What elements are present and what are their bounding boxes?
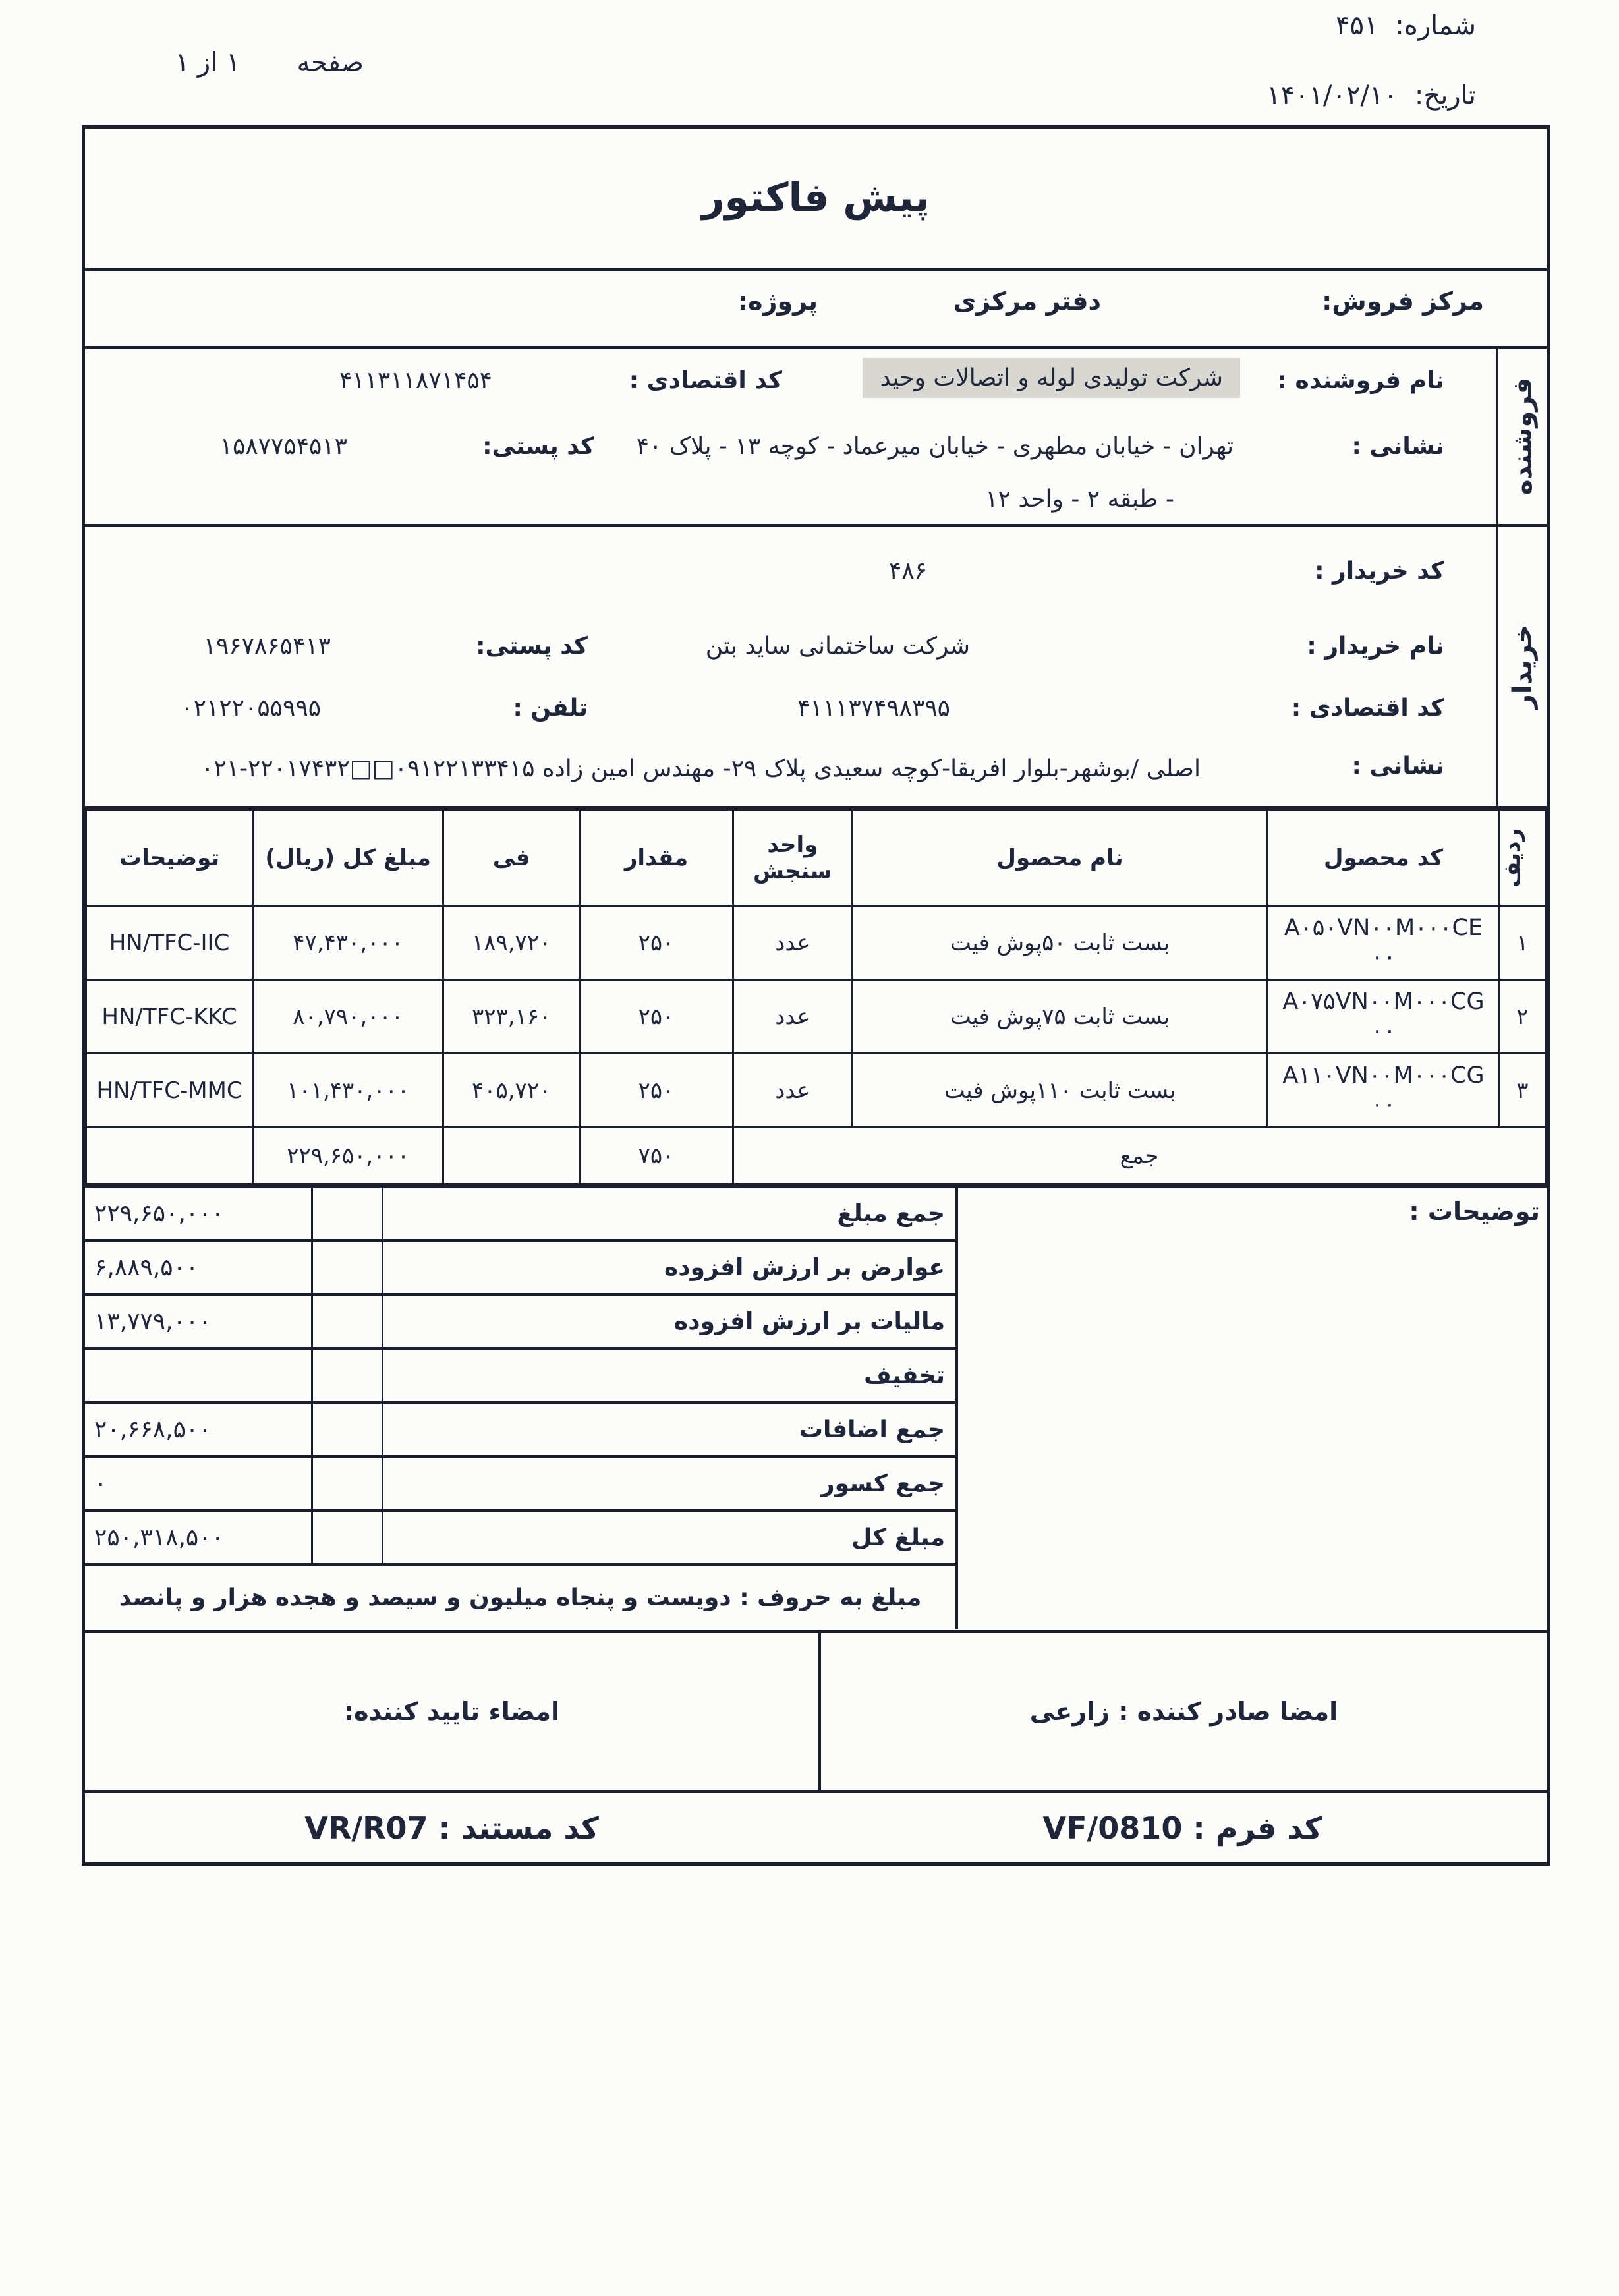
items-table-section: ردیف کد محصول نام محصول واحد سنجش مقدار … — [85, 806, 1547, 1185]
totals-notes-label: توضیحات : — [1409, 1197, 1540, 1226]
form-code: کد فرم : VF/0810 — [818, 1793, 1547, 1862]
col-header-unit-price: فی — [443, 810, 580, 906]
totals-section: توضیحات : جمع مبلغ ۲۲۹,۶۵۰,۰۰۰ عوارض بر … — [85, 1185, 1547, 1630]
sum-row-notes-empty — [86, 1128, 253, 1184]
cell-quantity: ۲۵۰ — [580, 906, 733, 980]
buyer-name-value: شرکت ساختمانی ساید بتن — [706, 633, 970, 660]
totals-row-gap — [311, 1296, 383, 1347]
project-label: پروژه: — [738, 287, 818, 316]
totals-row: جمع مبلغ ۲۲۹,۶۵۰,۰۰۰ — [85, 1188, 955, 1242]
page-indicator: صفحه ۱ از ۱ — [175, 47, 364, 78]
page-indicator-label: صفحه — [297, 47, 364, 78]
buyer-name-label: نام خریدار : — [1307, 633, 1444, 660]
buyer-phone-label: تلفن : — [513, 695, 588, 722]
seller-section-tab-label: فروشنده — [1508, 378, 1538, 495]
totals-table: جمع مبلغ ۲۲۹,۶۵۰,۰۰۰ عوارض بر ارزش افزود… — [85, 1188, 958, 1629]
signatures-section: امضا صادر کننده : زارعی امضاء تایید کنند… — [85, 1630, 1547, 1790]
totals-row-value: ۰ — [85, 1458, 311, 1509]
cell-unit-price: ۳۲۳,۱۶۰ — [443, 980, 580, 1054]
seller-address-label: نشانی : — [1351, 433, 1444, 460]
buyer-postal-code-value: ۱۹۶۷۸۶۵۴۱۳ — [204, 633, 331, 660]
col-header-notes: توضیحات — [86, 810, 253, 906]
totals-row-value: ۲۵۰,۳۱۸,۵۰۰ — [85, 1512, 311, 1563]
buyer-section-tab: خریدار — [1496, 527, 1547, 806]
cell-unit: عدد — [733, 980, 853, 1054]
col-header-quantity: مقدار — [580, 810, 733, 906]
totals-row-gap — [311, 1404, 383, 1455]
buyer-economic-code-label: کد اقتصادی : — [1292, 695, 1444, 722]
totals-row-label: جمع اضافات — [383, 1404, 955, 1455]
totals-row-label: عوارض بر ارزش افزوده — [383, 1242, 955, 1293]
approver-signature-label: امضاء تایید کننده: — [344, 1697, 559, 1726]
cell-product-code: A۰۷۵VN۰۰M۰۰۰CG۰۰ — [1268, 980, 1499, 1054]
sales-center-label: مرکز فروش: — [1322, 287, 1484, 316]
totals-row-value: ۱۳,۷۷۹,۰۰۰ — [85, 1296, 311, 1347]
totals-row-value — [85, 1350, 311, 1401]
cell-row-number: ۱ — [1499, 906, 1545, 980]
seller-postal-code-label: کد پستی: — [482, 433, 594, 460]
col-header-product-name: نام محصول — [852, 810, 1268, 906]
seller-section-tab: فروشنده — [1496, 349, 1547, 524]
cell-unit: عدد — [733, 906, 853, 980]
cell-notes: HN/TFC-IIC — [86, 906, 253, 980]
cell-product-name: بست ثابت ۱۱۰پوش فیت — [852, 1054, 1268, 1128]
totals-row: جمع اضافات ۲۰,۶۶۸,۵۰۰ — [85, 1404, 955, 1458]
totals-row: مبلغ کل ۲۵۰,۳۱۸,۵۰۰ — [85, 1512, 955, 1566]
table-row: ۳ A۱۱۰VN۰۰M۰۰۰CG۰۰ بست ثابت ۱۱۰پوش فیت ع… — [86, 1054, 1546, 1128]
sum-row-unit-price-empty — [443, 1128, 580, 1184]
sum-row-total-amount: ۲۲۹,۶۵۰,۰۰۰ — [253, 1128, 443, 1184]
totals-row-label: مبلغ کل — [383, 1512, 955, 1563]
footer-section: کد فرم : VF/0810 کد مستند : VR/R07 — [85, 1790, 1547, 1862]
cell-quantity: ۲۵۰ — [580, 1054, 733, 1128]
sum-row-quantity: ۷۵۰ — [580, 1128, 733, 1184]
totals-row: عوارض بر ارزش افزوده ۶,۸۸۹,۵۰۰ — [85, 1242, 955, 1296]
issuer-signature-cell: امضا صادر کننده : زارعی — [818, 1633, 1547, 1790]
totals-row-gap — [311, 1188, 383, 1239]
issuer-signature-label: امضا صادر کننده : زارعی — [1030, 1697, 1338, 1726]
buyer-section: خریدار کد خریدار : ۴۸۶ نام خریدار : شرکت… — [85, 524, 1547, 806]
seller-address-line2: - طبقه ۲ - واحد ۱۲ — [985, 486, 1174, 513]
buyer-code-label: کد خریدار : — [1315, 558, 1444, 585]
cell-notes: HN/TFC-MMC — [86, 1054, 253, 1128]
items-header-row: ردیف کد محصول نام محصول واحد سنجش مقدار … — [86, 810, 1546, 906]
buyer-address-value: اصلی /بوشهر-بلوار افریقا-کوچه سعیدی پلاک… — [201, 755, 1201, 782]
cell-notes: HN/TFC-KKC — [86, 980, 253, 1054]
seller-name-value: شرکت تولیدی لوله و اتصالات وحید — [863, 358, 1240, 398]
document-title: پیش فاکتور — [85, 175, 1547, 221]
cell-total-amount: ۸۰,۷۹۰,۰۰۰ — [253, 980, 443, 1054]
totals-row-gap — [311, 1350, 383, 1401]
totals-row-label: تخفیف — [383, 1350, 955, 1401]
amount-in-words: مبلغ به حروف : دویست و پنجاه میلیون و سی… — [85, 1566, 955, 1629]
head-office-label: دفتر مرکزی — [953, 287, 1102, 316]
col-header-product-code: کد محصول — [1268, 810, 1499, 906]
table-row: ۲ A۰۷۵VN۰۰M۰۰۰CG۰۰ بست ثابت ۷۵پوش فیت عد… — [86, 980, 1546, 1054]
totals-row-gap — [311, 1458, 383, 1509]
cell-unit: عدد — [733, 1054, 853, 1128]
cell-quantity: ۲۵۰ — [580, 980, 733, 1054]
cell-product-name: بست ثابت ۷۵پوش فیت — [852, 980, 1268, 1054]
invoice-date-value: ۱۴۰۱/۰۲/۱۰ — [1266, 80, 1398, 111]
cell-unit-price: ۱۸۹,۷۲۰ — [443, 906, 580, 980]
items-table: ردیف کد محصول نام محصول واحد سنجش مقدار … — [85, 809, 1547, 1185]
centers-row: مرکز فروش: دفتر مرکزی پروژه: — [85, 268, 1547, 346]
buyer-address-label: نشانی : — [1351, 753, 1444, 780]
seller-section: فروشنده نام فروشنده : شرکت تولیدی لوله و… — [85, 346, 1547, 524]
seller-postal-code-value: ۱۵۸۷۷۵۴۵۱۳ — [220, 433, 347, 460]
cell-row-number: ۲ — [1499, 980, 1545, 1054]
totals-row-label: جمع مبلغ — [383, 1188, 955, 1239]
buyer-postal-code-label: کد پستی: — [476, 633, 588, 660]
col-header-total-amount: مبلغ کل (ریال) — [253, 810, 443, 906]
title-section: پیش فاکتور — [85, 129, 1547, 268]
col-header-unit: واحد سنجش — [733, 810, 853, 906]
approver-signature-cell: امضاء تایید کننده: — [85, 1633, 818, 1790]
invoice-number-value: ۴۵۱ — [1336, 11, 1378, 41]
seller-address-value: تهران - خیابان مطهری - خیابان میرعماد - … — [637, 433, 1234, 460]
cell-total-amount: ۴۷,۴۳۰,۰۰۰ — [253, 906, 443, 980]
invoice-number-label: شماره: — [1395, 11, 1476, 41]
page-indicator-value: ۱ از ۱ — [175, 47, 241, 78]
invoice-form: پیش فاکتور مرکز فروش: دفتر مرکزی پروژه: … — [82, 125, 1550, 1866]
invoice-date-label: تاریخ: — [1415, 80, 1476, 111]
invoice-page: شماره: ۴۵۱ تاریخ: ۱۴۰۱/۰۲/۱۰ صفحه ۱ از ۱… — [0, 0, 1619, 2296]
seller-economic-code-value: ۴۱۱۳۱۱۸۷۱۴۵۴ — [339, 367, 492, 394]
totals-row-value: ۶,۸۸۹,۵۰۰ — [85, 1242, 311, 1293]
sum-row: جمع ۷۵۰ ۲۲۹,۶۵۰,۰۰۰ — [86, 1128, 1546, 1184]
cell-total-amount: ۱۰۱,۴۳۰,۰۰۰ — [253, 1054, 443, 1128]
totals-row: مالیات بر ارزش افزوده ۱۳,۷۷۹,۰۰۰ — [85, 1296, 955, 1350]
totals-row-gap — [311, 1512, 383, 1563]
cell-product-code: A۰۵۰VN۰۰M۰۰۰CE۰۰ — [1268, 906, 1499, 980]
seller-economic-code-label: کد اقتصادی : — [629, 367, 782, 394]
invoice-number: شماره: ۴۵۱ — [1336, 11, 1476, 41]
document-code: کد مستند : VR/R07 — [85, 1793, 818, 1862]
totals-row: جمع کسور ۰ — [85, 1458, 955, 1512]
cell-product-code: A۱۱۰VN۰۰M۰۰۰CG۰۰ — [1268, 1054, 1499, 1128]
buyer-phone-value: ۰۲۱۲۲۰۵۵۹۹۵ — [181, 695, 321, 722]
cell-unit-price: ۴۰۵,۷۲۰ — [443, 1054, 580, 1128]
seller-name-label: نام فروشنده : — [1278, 367, 1444, 394]
invoice-date: تاریخ: ۱۴۰۱/۰۲/۱۰ — [1266, 80, 1476, 111]
buyer-economic-code-value: ۴۱۱۱۳۷۴۹۸۳۹۵ — [797, 695, 950, 722]
col-header-row-number: ردیف — [1499, 810, 1545, 906]
totals-row-label: جمع کسور — [383, 1458, 955, 1509]
totals-row-label: مالیات بر ارزش افزوده — [383, 1296, 955, 1347]
sum-row-label: جمع — [733, 1128, 1546, 1184]
cell-product-name: بست ثابت ۵۰پوش فیت — [852, 906, 1268, 980]
buyer-code-value: ۴۸۶ — [889, 558, 927, 585]
table-row: ۱ A۰۵۰VN۰۰M۰۰۰CE۰۰ بست ثابت ۵۰پوش فیت عد… — [86, 906, 1546, 980]
totals-row-gap — [311, 1242, 383, 1293]
buyer-section-tab-label: خریدار — [1508, 624, 1538, 709]
totals-row-value: ۲۲۹,۶۵۰,۰۰۰ — [85, 1188, 311, 1239]
cell-row-number: ۳ — [1499, 1054, 1545, 1128]
totals-row-value: ۲۰,۶۶۸,۵۰۰ — [85, 1404, 311, 1455]
totals-row: تخفیف — [85, 1350, 955, 1404]
